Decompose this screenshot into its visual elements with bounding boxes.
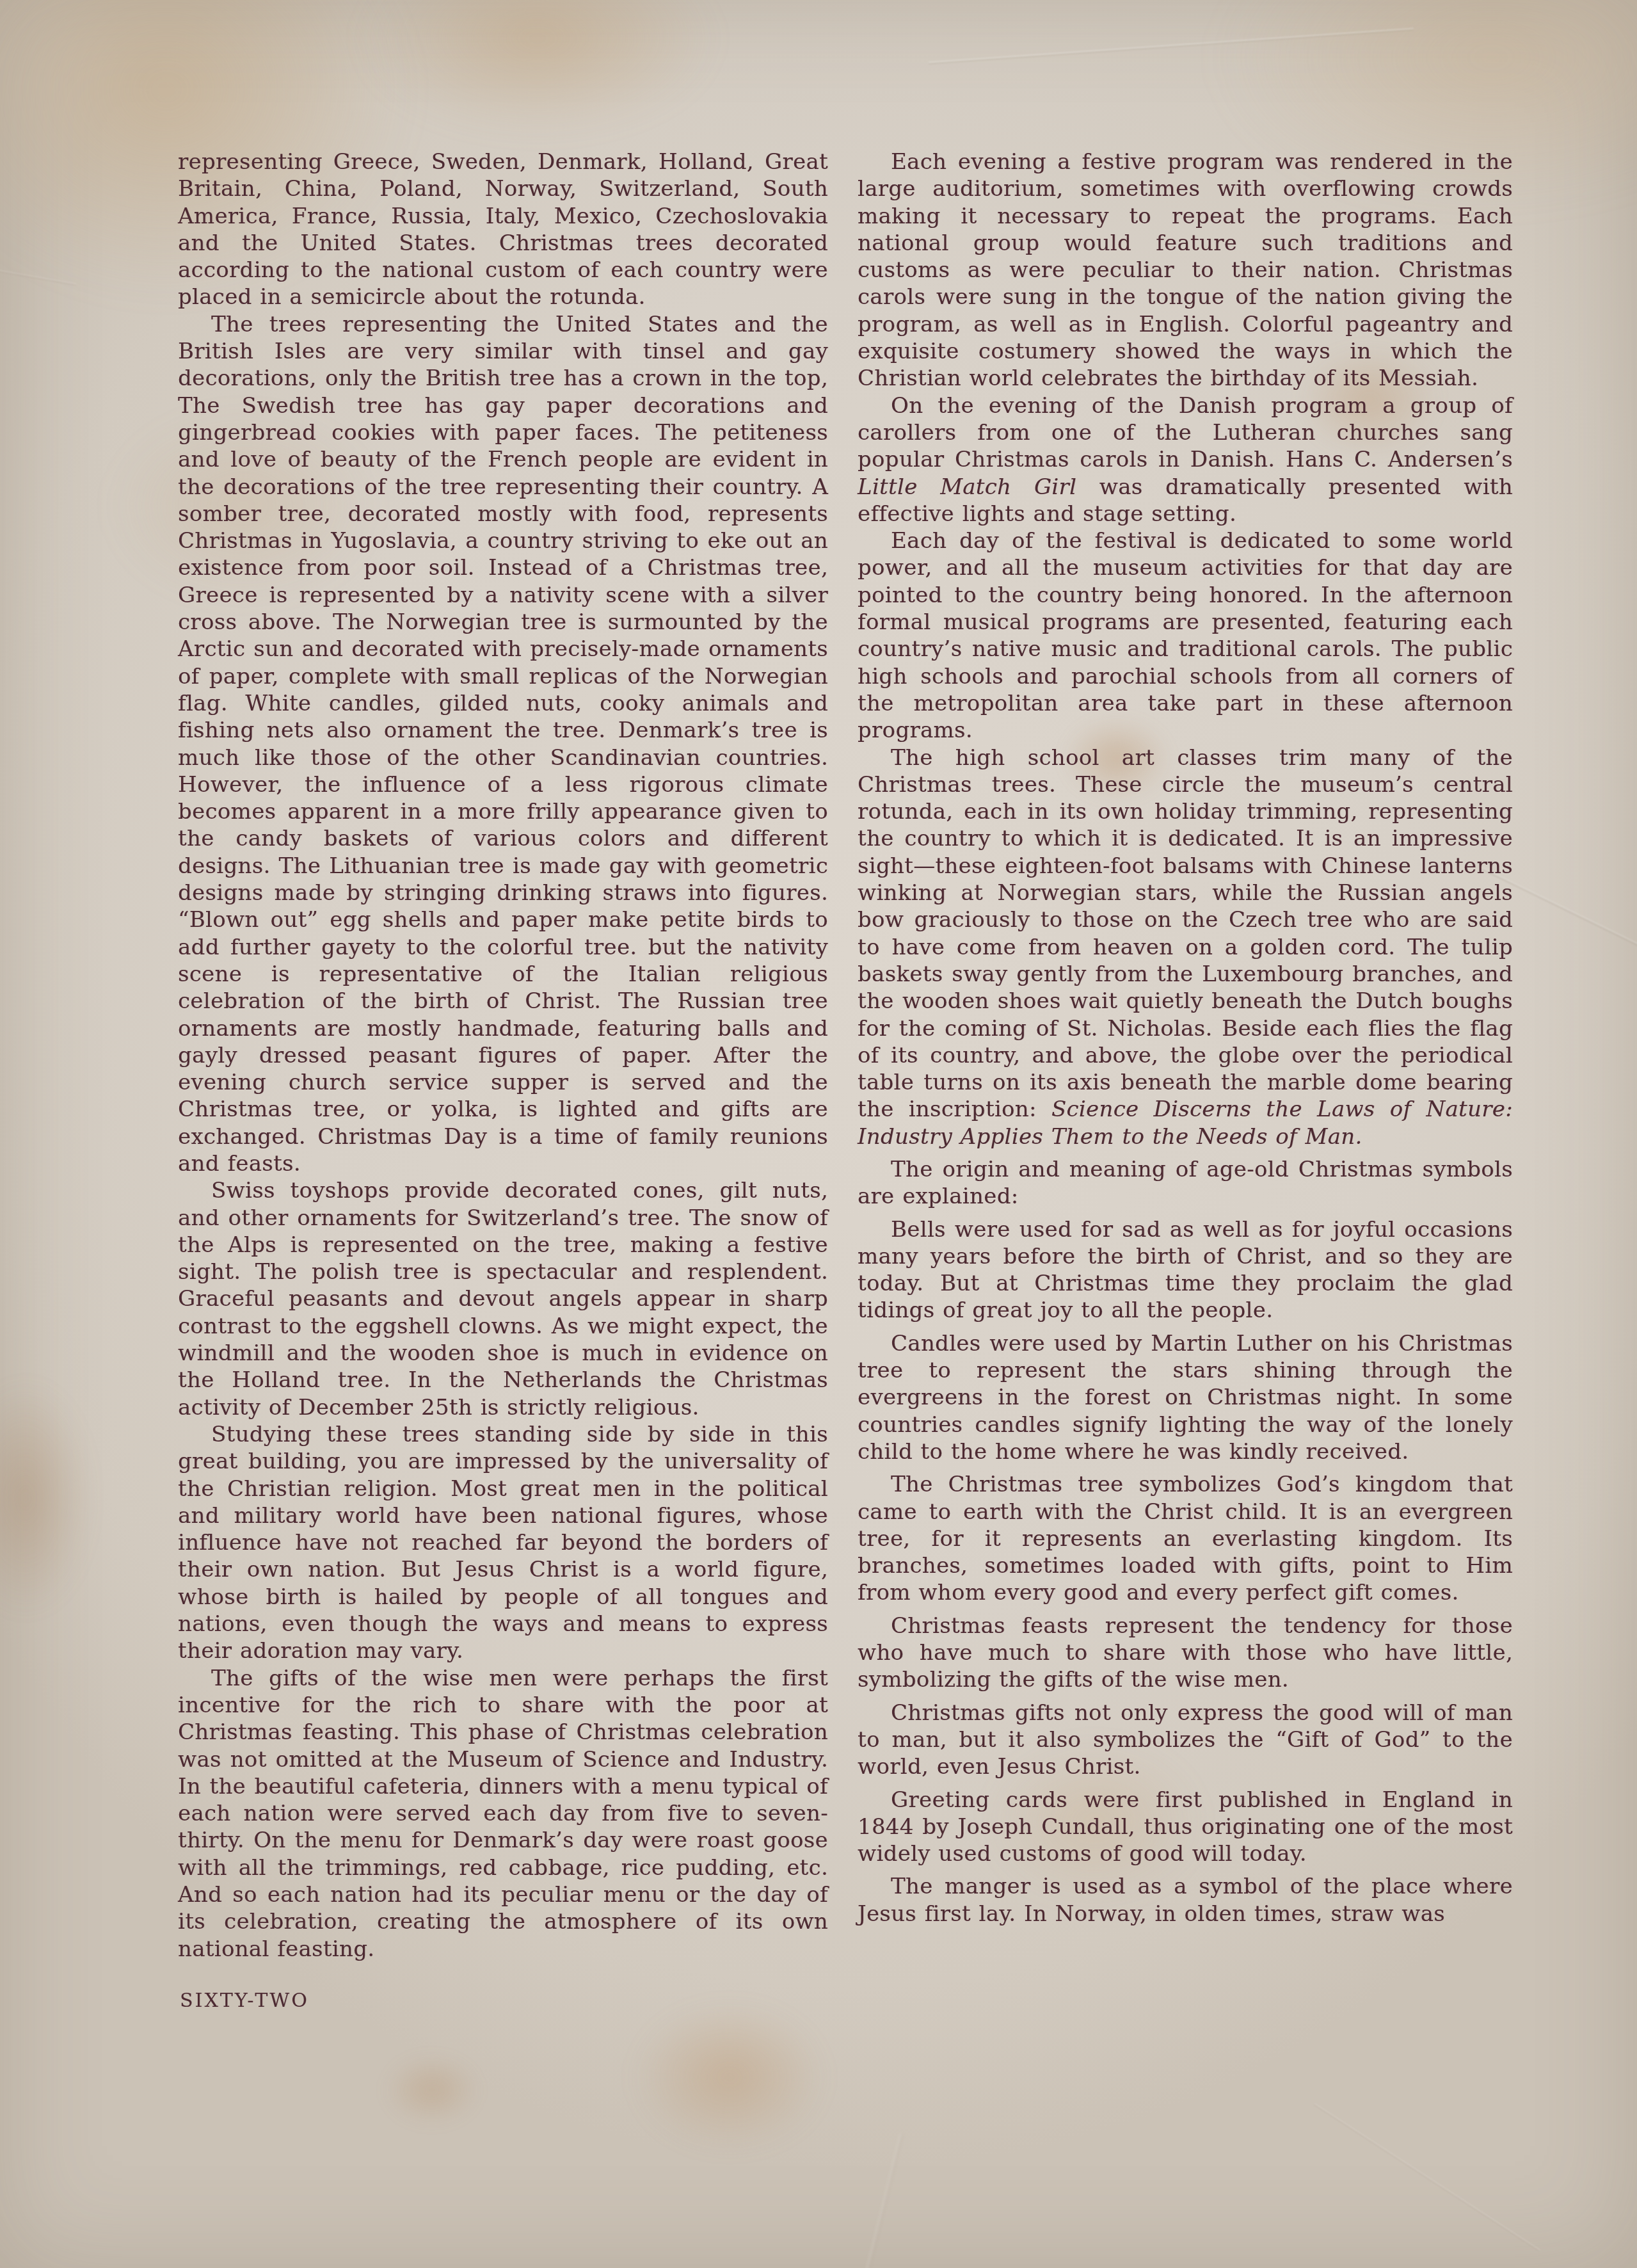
paragraph: Greeting cards were first published in E… bbox=[858, 1787, 1513, 1868]
paragraph: The high school art classes trim many of… bbox=[858, 744, 1513, 1150]
text-run: The origin and meaning of age-old Christ… bbox=[858, 1157, 1513, 1209]
scanned-page: representing Greece, Sweden, Denmark, Ho… bbox=[0, 0, 1637, 2268]
text-run: The trees representing the United States… bbox=[178, 312, 828, 1177]
paper-crease bbox=[866, 2134, 903, 2268]
text-column-left: representing Greece, Sweden, Denmark, Ho… bbox=[178, 149, 828, 1963]
paper-crease bbox=[929, 28, 1414, 64]
text-run: Bells were used for sad as well as for j… bbox=[858, 1217, 1513, 1324]
text-run: The manger is used as a symbol of the pl… bbox=[858, 1874, 1513, 1926]
text-column-right: Each evening a festive program was rende… bbox=[858, 149, 1513, 1927]
paper-stain bbox=[384, 2055, 480, 2125]
paragraph: On the evening of the Danish program a g… bbox=[858, 392, 1513, 527]
text-run: Each evening a festive program was rende… bbox=[858, 149, 1513, 391]
text-run: The gifts of the wise men were perhaps t… bbox=[178, 1666, 828, 1962]
paragraph: Swiss toyshops provide decorated cones, … bbox=[178, 1177, 828, 1421]
paragraph: representing Greece, Sweden, Denmark, Ho… bbox=[178, 149, 828, 311]
paragraph: Each day of the festival is dedicated to… bbox=[858, 527, 1513, 744]
paragraph: Each evening a festive program was rende… bbox=[858, 149, 1513, 392]
text-run: Swiss toyshops provide decorated cones, … bbox=[178, 1178, 828, 1420]
paragraph: Christmas feasts represent the tendency … bbox=[858, 1613, 1513, 1694]
text-run: The high school art classes trim many of… bbox=[858, 745, 1513, 1123]
paper-crease bbox=[0, 267, 76, 286]
paper-crease bbox=[1314, 2103, 1540, 2251]
paragraph: The manger is used as a symbol of the pl… bbox=[858, 1873, 1513, 1927]
paragraph: Christmas gifts not only express the goo… bbox=[858, 1700, 1513, 1781]
paragraph: The Christmas tree symbolizes God’s king… bbox=[858, 1471, 1513, 1606]
paragraph: The gifts of the wise men were perhaps t… bbox=[178, 1665, 828, 1963]
paragraph: Studying these trees standing side by si… bbox=[178, 1421, 828, 1665]
paper-stain bbox=[634, 2004, 826, 2151]
text-run: Christmas feasts represent the tendency … bbox=[858, 1613, 1513, 1693]
text-run: Studying these trees standing side by si… bbox=[178, 1422, 828, 1664]
paragraph: Bells were used for sad as well as for j… bbox=[858, 1216, 1513, 1324]
italic-text-run: Little Match Girl bbox=[858, 474, 1076, 500]
text-run: Each day of the festival is dedicated to… bbox=[858, 528, 1513, 743]
text-run: representing Greece, Sweden, Denmark, Ho… bbox=[178, 149, 828, 310]
paragraph: The origin and meaning of age-old Christ… bbox=[858, 1156, 1513, 1210]
paragraph: The trees representing the United States… bbox=[178, 311, 828, 1178]
text-run: The Christmas tree symbolizes God’s king… bbox=[858, 1472, 1513, 1605]
paragraph: Candles were used by Martin Luther on hi… bbox=[858, 1330, 1513, 1465]
text-run: On the evening of the Danish program a g… bbox=[858, 393, 1513, 473]
page-number: SIXTY-TWO bbox=[180, 1990, 309, 2012]
paper-stain bbox=[358, 0, 717, 134]
paper-stain bbox=[0, 1383, 90, 1613]
text-run: Christmas gifts not only express the goo… bbox=[858, 1700, 1513, 1780]
text-run: Greeting cards were first published in E… bbox=[858, 1787, 1513, 1867]
text-run: Candles were used by Martin Luther on hi… bbox=[858, 1331, 1513, 1465]
